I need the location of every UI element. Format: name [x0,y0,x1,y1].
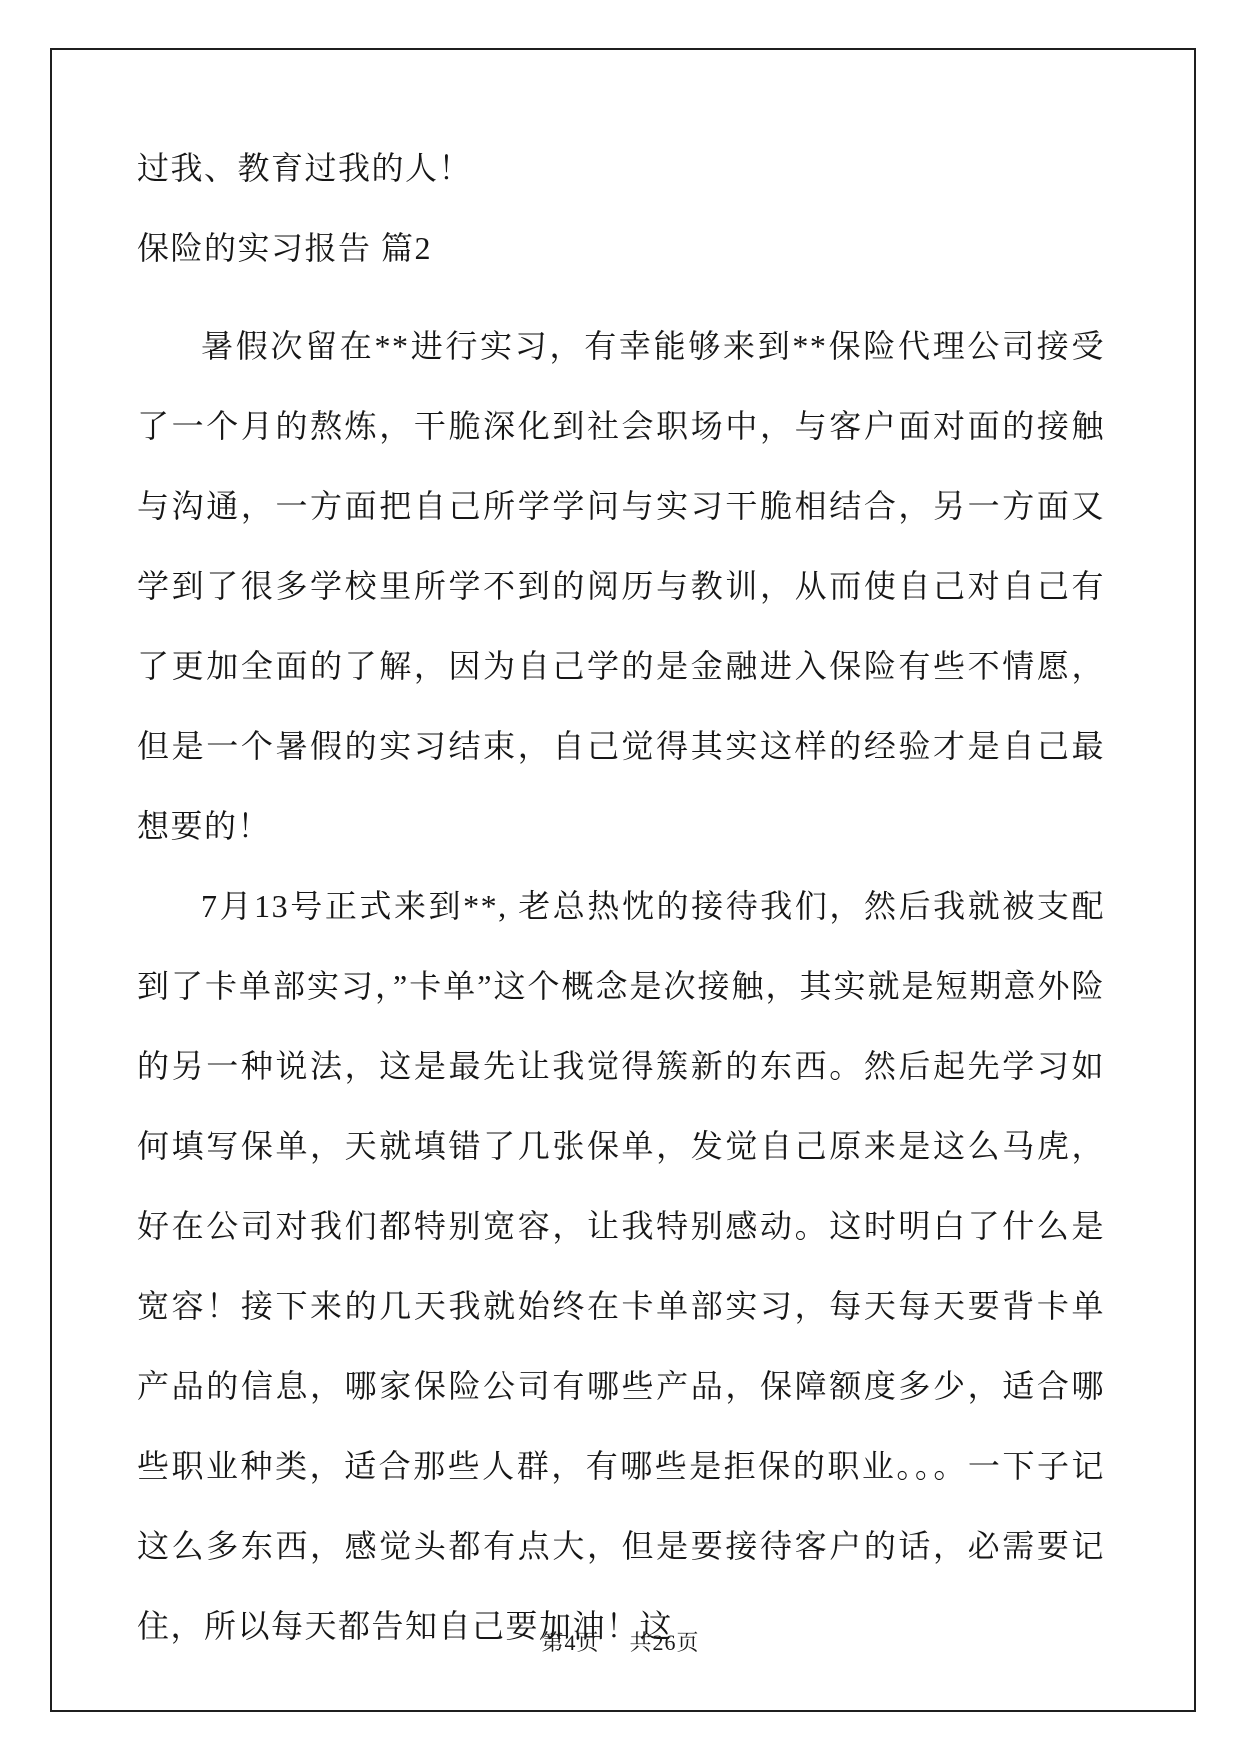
body-paragraph: 暑假次留在**进行实习，有幸能够来到**保险代理公司接受了一个月的熬炼，干脆深化… [137,306,1105,866]
page-number-total: 共26页 [630,1630,700,1655]
page-number-current: 第4页 [541,1630,599,1655]
document-body: 过我、教育过我的人！ 保险的实习报告 篇2 暑假次留在**进行实习，有幸能够来到… [137,128,1105,1666]
page-footer: 第4页共26页 [0,1626,1241,1657]
section-heading: 保险的实习报告 篇2 [137,208,1105,288]
body-paragraph: 7月13号正式来到**, 老总热忱的接待我们，然后我就被支配到了卡单部实习，”卡… [137,866,1105,1666]
paragraph-continuation: 过我、教育过我的人！ [137,128,1105,208]
